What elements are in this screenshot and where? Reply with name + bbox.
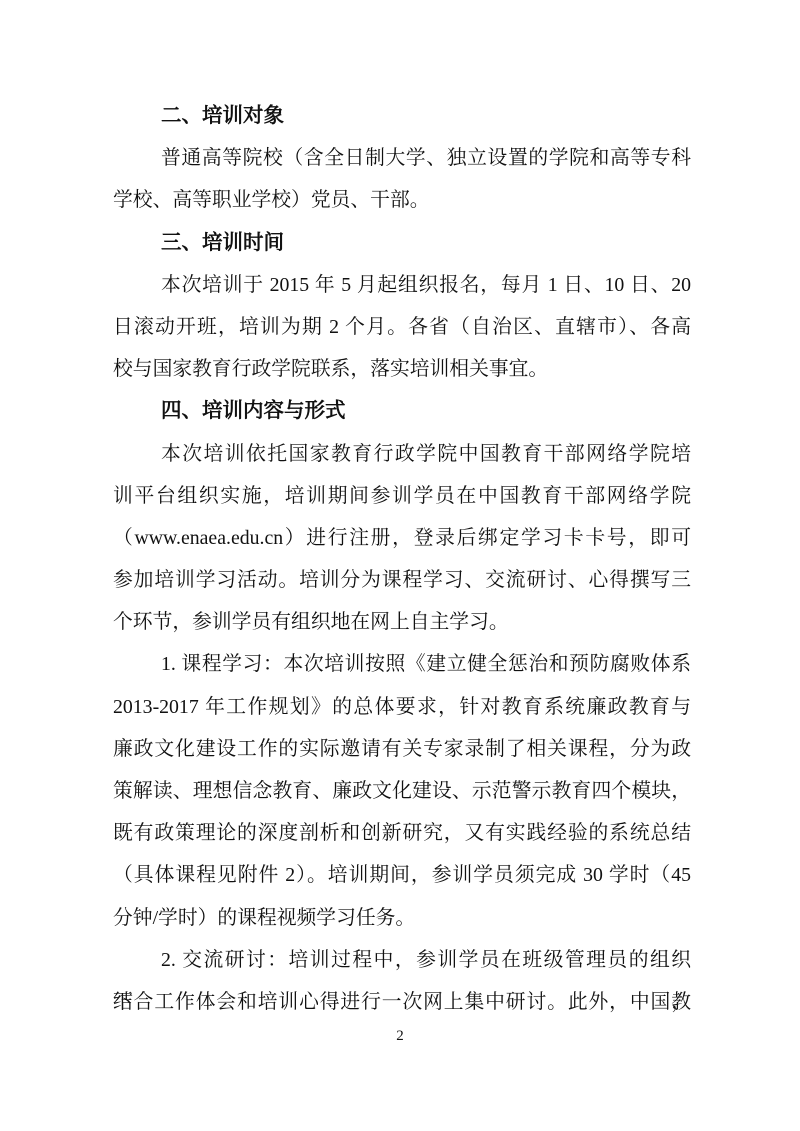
text-line: 日滚动开班，培训为期 2 个月。各省（自治区、直辖市）、各高 [113,306,691,348]
text-line: （www.enaea.edu.cn）进行注册，登录后绑定学习卡卡号，即可 [113,517,691,559]
text-line: （具体课程见附件 2）。培训期间，参训学员须完成 30 学时（45 [113,854,691,896]
section-heading: 三、培训时间 [113,222,691,264]
section-heading: 四、培训内容与形式 [113,390,691,432]
text-line: 1. 课程学习：本次培训按照《建立健全惩治和预防腐败体系 [113,643,691,685]
section-heading: 二、培训对象 [113,95,691,137]
text-line: 个环节，参训学员有组织地在网上自主学习。 [113,601,691,643]
text-line: 结合工作体会和培训心得进行一次网上集中研讨。此外，中国教 [113,981,691,1023]
text-line: 本次培训于 2015 年 5 月起组织报名，每月 1 日、10 日、20 [113,264,691,306]
text-line: 2. 交流研讨：培训过程中，参训学员在班级管理员的组织下， [113,939,691,981]
text-line: 既有政策理论的深度剖析和创新研究，又有实践经验的系统总结 [113,812,691,854]
text-line: 训平台组织实施，培训期间参训学员在中国教育干部网络学院 [113,475,691,517]
text-line: 普通高等院校（含全日制大学、独立设置的学院和高等专科 [113,137,691,179]
text-line: 校与国家教育行政学院联系，落实培训相关事宜。 [113,348,691,390]
text-line: 分钟/学时）的课程视频学习任务。 [113,897,691,939]
document-page: 二、培训对象普通高等院校（含全日制大学、独立设置的学院和高等专科学校、高等职业学… [0,0,800,1131]
document-body: 二、培训对象普通高等院校（含全日制大学、独立设置的学院和高等专科学校、高等职业学… [113,95,691,1023]
text-line: 2013-2017 年工作规划》的总体要求，针对教育系统廉政教育与 [113,686,691,728]
text-line: 策解读、理想信念教育、廉政文化建设、示范警示教育四个模块， [113,770,691,812]
text-line: 廉政文化建设工作的实际邀请有关专家录制了相关课程，分为政 [113,728,691,770]
text-line: 学校、高等职业学校）党员、干部。 [113,179,691,221]
text-line: 本次培训依托国家教育行政学院中国教育干部网络学院培 [113,433,691,475]
text-line: 参加培训学习活动。培训分为课程学习、交流研讨、心得撰写三 [113,559,691,601]
page-number: 2 [0,1028,800,1045]
